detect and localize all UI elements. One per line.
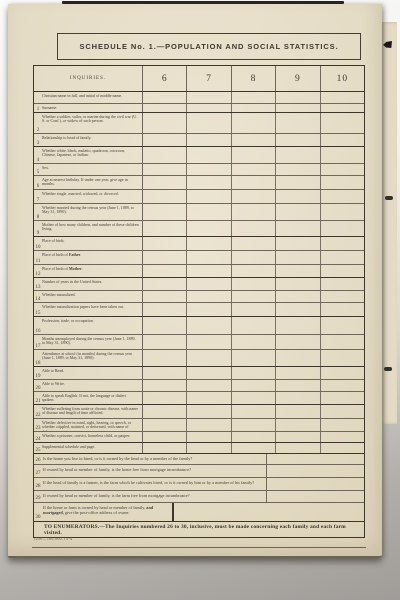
family-answer-cell[interactable] xyxy=(267,478,364,490)
print-code: (250—100,000.) 4-4 xyxy=(34,536,72,541)
inquiry-number: 26 xyxy=(35,458,41,463)
answer-cell-person-8[interactable] xyxy=(231,350,275,366)
answer-cell-person-7[interactable] xyxy=(186,432,230,442)
inquiry-number: 24 xyxy=(35,437,41,442)
inquiry-label: Whether suffering from acute or chronic … xyxy=(34,405,143,418)
answer-cell-person-8[interactable] xyxy=(231,190,275,203)
answer-cell-person-10[interactable] xyxy=(320,405,364,418)
answer-cell-person-8[interactable] xyxy=(231,251,275,264)
family-inquiry-row: If the head of family is a farmer, is th… xyxy=(34,478,364,491)
page-bottom-edge-line xyxy=(32,547,366,548)
family-inquiry-label: If owned by head or member of family, is… xyxy=(34,491,267,502)
inquiry-subrow: Whether naturalized. xyxy=(34,291,364,303)
schedule-title: SCHEDULE No. 1.—POPULATION AND SOCIAL ST… xyxy=(79,42,338,51)
inquiry-number: 21 xyxy=(35,399,41,404)
inquiry-label: Surname. xyxy=(34,104,143,112)
inquiry-label: Whether single, married, widowed, or div… xyxy=(34,190,143,203)
inquiry-subrow: Whether white, black, mulatto, quadroon,… xyxy=(34,147,364,164)
answer-cell-person-10[interactable] xyxy=(320,190,364,203)
answer-cell-person-7[interactable] xyxy=(186,405,230,418)
title-box: SCHEDULE No. 1.—POPULATION AND SOCIAL ST… xyxy=(57,33,361,60)
family-answer-cell[interactable] xyxy=(267,491,364,502)
answer-cell-person-9[interactable] xyxy=(275,303,319,316)
answer-cell-person-9[interactable] xyxy=(275,380,319,391)
inquiry-number: 18 xyxy=(35,361,41,366)
answer-cell-person-9[interactable] xyxy=(275,335,319,349)
answer-cell-person-7[interactable] xyxy=(186,147,230,163)
answer-cell-person-8[interactable] xyxy=(231,176,275,189)
answer-cell-person-9[interactable] xyxy=(275,104,319,112)
answer-cell-person-10[interactable] xyxy=(320,317,364,334)
answer-cell-person-9[interactable] xyxy=(275,251,319,264)
inquiry-number: 4 xyxy=(35,158,41,163)
answer-cell-person-10[interactable] xyxy=(320,291,364,302)
answer-cell-person-7[interactable] xyxy=(186,335,230,349)
inquiry-number: 15 xyxy=(35,311,41,316)
page-sheet: SCHEDULE No. 1.—POPULATION AND SOCIAL ST… xyxy=(8,4,382,558)
inquiry-row: Whether suffering from acute or chronic … xyxy=(34,405,364,419)
inquiry-subrow: Attendance at school (in months) during … xyxy=(34,350,364,367)
inquiry-label: Relationship to head of family. xyxy=(34,134,143,146)
answer-cell-person-10[interactable] xyxy=(320,204,364,220)
inquiry-subrow: Sex. xyxy=(34,164,364,176)
answer-cell-person-10[interactable] xyxy=(320,380,364,391)
answer-cell-person-8[interactable] xyxy=(231,432,275,442)
answer-cell-person-8[interactable] xyxy=(231,265,275,277)
answer-cell-person-6[interactable] xyxy=(143,335,186,349)
answer-cell-person-9[interactable] xyxy=(275,367,319,379)
answer-cell-person-9[interactable] xyxy=(275,265,319,277)
inquiry-label: Age at nearest birthday. If under one ye… xyxy=(34,176,143,189)
inquiry-label: Whether defective in mind, sight, hearin… xyxy=(34,419,143,431)
inquiry-row: Attendance at school (in months) during … xyxy=(34,350,364,367)
family-answer-cell[interactable] xyxy=(267,454,364,464)
answer-cell-person-8[interactable] xyxy=(231,221,275,236)
person-column-header-6: 6 xyxy=(143,66,186,91)
inquiry-label: Mother of how many children, and number … xyxy=(34,221,143,236)
answer-cell-person-7[interactable] xyxy=(186,221,230,236)
inquiry-number: 6 xyxy=(35,184,41,189)
answer-cell-person-10[interactable] xyxy=(320,350,364,366)
inquiry-row: Able to Write.20 xyxy=(34,380,364,392)
answer-cell-person-8[interactable] xyxy=(231,405,275,418)
answer-cell-person-10[interactable] xyxy=(320,419,364,431)
family-inquiry-label: If the head of family is a farmer, is th… xyxy=(34,478,267,490)
answer-cell-person-6[interactable] xyxy=(143,317,186,334)
answer-cell-person-10[interactable] xyxy=(320,265,364,277)
inquiry-label: Attendance at school (in months) during … xyxy=(34,350,143,366)
inquiry-label: Supplemental schedule and page. xyxy=(34,443,143,453)
inquiry-subrow: Whether naturalization papers have been … xyxy=(34,303,364,317)
inquiry-number: 19 xyxy=(35,374,41,379)
family-inquiry-row: If owned by head or member of family, is… xyxy=(34,465,364,478)
inquiry-number: 1 xyxy=(35,107,41,112)
answer-cell-person-6[interactable] xyxy=(143,221,186,236)
family-answer-cell[interactable] xyxy=(174,503,364,521)
inquiry-label: Place of birth. xyxy=(34,237,143,250)
answer-cell-person-10[interactable] xyxy=(320,164,364,175)
answer-cell-person-10[interactable] xyxy=(320,104,364,112)
answer-cell-person-7[interactable] xyxy=(186,278,230,290)
answer-cell-person-7[interactable] xyxy=(186,367,230,379)
person-column-header-8: 8 xyxy=(231,66,275,91)
inquiry-number: 8 xyxy=(35,215,41,220)
inquiry-number: 17 xyxy=(35,344,41,349)
inquiry-number: 10 xyxy=(35,245,41,250)
inquiry-row: Whether married during the census year (… xyxy=(34,204,364,221)
inquiry-row: Age at nearest birthday. If under one ye… xyxy=(34,176,364,190)
answer-cell-person-10[interactable] xyxy=(320,237,364,250)
inquiry-row: Place of birth of Mother.12 xyxy=(34,265,364,278)
inquiry-label: Whether naturalized. xyxy=(34,291,143,302)
family-answer-cell[interactable] xyxy=(267,465,364,477)
answer-cell-person-8[interactable] xyxy=(231,317,275,334)
answer-cell-person-6[interactable] xyxy=(143,265,186,277)
inquiry-row: Profession, trade, or occupation.16 xyxy=(34,317,364,335)
person-column-header-7: 7 xyxy=(186,66,230,91)
family-inquiry-row: If the home or farm is owned by head or … xyxy=(34,503,364,522)
inquiry-row: Months unemployed during the census year… xyxy=(34,335,364,350)
under-page-sliver xyxy=(381,22,397,424)
inquiry-subrow: Relationship to head of family. xyxy=(34,134,364,147)
answer-cell-person-10[interactable] xyxy=(320,176,364,189)
inquiry-subrow: Place of birth of Father. xyxy=(34,251,364,265)
answer-cell-person-6[interactable] xyxy=(143,367,186,379)
person-columns: 678910 xyxy=(143,66,364,91)
family-inquiry-row: Is the home you live in hired, or is it … xyxy=(34,454,364,465)
inquiry-number: 12 xyxy=(35,272,41,277)
inquiry-subrow: Number of years in the United States. xyxy=(34,278,364,291)
answer-cell-person-7[interactable] xyxy=(186,419,230,431)
inquiry-number: 25 xyxy=(35,448,41,453)
answer-cell-person-6[interactable] xyxy=(143,303,186,316)
answer-cell-person-6[interactable] xyxy=(143,443,186,453)
inquiry-number: 30 xyxy=(35,515,41,520)
answer-cell-person-8[interactable] xyxy=(231,147,275,163)
inquiry-label: Place of birth of Father. xyxy=(34,251,143,264)
answer-cell-person-8[interactable] xyxy=(231,335,275,349)
answer-cell-person-10[interactable] xyxy=(320,367,364,379)
inquiry-row: Number of years in the United States.13 xyxy=(34,278,364,291)
inquiry-number: 20 xyxy=(35,386,41,391)
inquiry-row: Relationship to head of family.3 xyxy=(34,134,364,147)
answer-cell-person-7[interactable] xyxy=(186,303,230,316)
inquiry-subrow: Whether suffering from acute or chronic … xyxy=(34,405,364,419)
inquiry-row: Whether single, married, widowed, or div… xyxy=(34,190,364,204)
population-table: INQUIRIES. 678910 Christian name in full… xyxy=(33,65,365,538)
answer-cell-person-7[interactable] xyxy=(186,190,230,203)
answer-cell-person-8[interactable] xyxy=(231,164,275,175)
answer-cell-person-7[interactable] xyxy=(186,265,230,277)
inquiry-number: 22 xyxy=(35,413,41,418)
answer-cell-person-10[interactable] xyxy=(320,134,364,146)
inquiry-label: Profession, trade, or occupation. xyxy=(34,317,143,334)
answer-cell-person-10[interactable] xyxy=(320,113,364,133)
inquiry-label: Months unemployed during the census year… xyxy=(34,335,143,349)
inquiry-row: Whether naturalized.14 xyxy=(34,291,364,303)
family-inquiry-label: If owned by head or member of family, is… xyxy=(34,465,267,477)
inquiry-number: 2 xyxy=(35,128,41,133)
answer-cell-person-6[interactable] xyxy=(143,104,186,112)
answer-cell-person-8[interactable] xyxy=(231,92,275,103)
answer-cell-person-6[interactable] xyxy=(143,190,186,203)
answer-cell-person-9[interactable] xyxy=(275,278,319,290)
inquiry-subrow: Mother of how many children, and number … xyxy=(34,221,364,237)
inquiries-header: INQUIRIES. xyxy=(34,66,143,91)
inquiry-subrow: Surname. xyxy=(34,104,364,113)
answer-cell-person-9[interactable] xyxy=(275,190,319,203)
answer-cell-person-8[interactable] xyxy=(231,392,275,404)
inquiry-number: 16 xyxy=(35,329,41,334)
inquiry-row: Mother of how many children, and number … xyxy=(34,221,364,237)
inquiry-label: Whether a prisoner, convict, homeless ch… xyxy=(34,432,143,442)
answer-cell-person-9[interactable] xyxy=(275,291,319,302)
answer-cell-person-8[interactable] xyxy=(231,278,275,290)
answer-cell-person-8[interactable] xyxy=(231,204,275,220)
inquiry-number: 13 xyxy=(35,285,41,290)
answer-cell-person-6[interactable] xyxy=(143,278,186,290)
family-inquiry-label: If the home or farm is owned by head or … xyxy=(34,503,174,521)
answer-cell-person-10[interactable] xyxy=(320,303,364,316)
inquiry-number: 11 xyxy=(35,259,41,264)
inquiry-label: Place of birth of Mother. xyxy=(34,265,143,277)
answer-cell-person-7[interactable] xyxy=(186,380,230,391)
answer-cell-person-7[interactable] xyxy=(186,204,230,220)
answer-cell-person-6[interactable] xyxy=(143,92,186,103)
answer-cell-person-9[interactable] xyxy=(275,113,319,133)
inquiry-row: Supplemental schedule and page.25 xyxy=(34,443,364,454)
inquiry-subrow: Supplemental schedule and page. xyxy=(34,443,364,454)
answer-cell-person-9[interactable] xyxy=(275,164,319,175)
answer-cell-person-8[interactable] xyxy=(231,291,275,302)
inquiry-subrow: Months unemployed during the census year… xyxy=(34,335,364,350)
answer-cell-person-7[interactable] xyxy=(186,317,230,334)
inquiry-row: Whether white, black, mulatto, quadroon,… xyxy=(34,147,364,164)
inquiry-row: Sex.5 xyxy=(34,164,364,176)
answer-cell-person-9[interactable] xyxy=(275,392,319,404)
inquiry-label: Christian name in full, and initial of m… xyxy=(34,92,143,103)
answer-cell-person-7[interactable] xyxy=(186,164,230,175)
answer-cell-person-10[interactable] xyxy=(320,221,364,236)
answer-cell-person-9[interactable] xyxy=(275,147,319,163)
answer-cell-person-9[interactable] xyxy=(275,92,319,103)
answer-cell-person-9[interactable] xyxy=(275,405,319,418)
inquiry-subrow: Age at nearest birthday. If under one ye… xyxy=(34,176,364,190)
inquiry-rows: Christian name in full, and initial of m… xyxy=(34,92,364,454)
answer-cell-person-7[interactable] xyxy=(186,134,230,146)
inquiry-subrow: Place of birth of Mother. xyxy=(34,265,364,278)
answer-cell-person-8[interactable] xyxy=(231,237,275,250)
inquiry-subrow: Place of birth. xyxy=(34,237,364,251)
answer-cell-person-7[interactable] xyxy=(186,113,230,133)
answer-cell-person-6[interactable] xyxy=(143,176,186,189)
answer-cell-person-9[interactable] xyxy=(275,419,319,431)
answer-cell-person-7[interactable] xyxy=(186,350,230,366)
answer-cell-person-10[interactable] xyxy=(320,443,364,453)
answer-cell-person-10[interactable] xyxy=(320,251,364,264)
answer-cell-person-9[interactable] xyxy=(275,432,319,442)
family-inquiry-row: If owned by head or member of family, is… xyxy=(34,491,364,503)
inquiry-subrow: Christian name in full, and initial of m… xyxy=(34,92,364,104)
inquiry-number: 3 xyxy=(35,141,41,146)
edge-dash-mark xyxy=(385,196,393,200)
answer-cell-person-6[interactable] xyxy=(143,405,186,418)
answer-cell-person-8[interactable] xyxy=(231,419,275,431)
family-inquiry-rows: Is the home you live in hired, or is it … xyxy=(34,454,364,522)
inquiry-label: Number of years in the United States. xyxy=(34,278,143,290)
inquiry-subrow: Able to speak English. If not, the langu… xyxy=(34,392,364,405)
inquiry-subrow: Whether a soldier, sailor, or marine dur… xyxy=(34,113,364,134)
inquiry-number: 28 xyxy=(35,484,41,489)
inquiry-subrow: Whether a prisoner, convict, homeless ch… xyxy=(34,432,364,443)
answer-cell-person-8[interactable] xyxy=(231,104,275,112)
answer-cell-person-6[interactable] xyxy=(143,291,186,302)
answer-cell-person-6[interactable] xyxy=(143,147,186,163)
inquiry-row: Christian name in full, and initial of m… xyxy=(34,92,364,113)
answer-cell-person-8[interactable] xyxy=(231,134,275,146)
answer-cell-person-7[interactable] xyxy=(186,92,230,103)
inquiry-row: Whether defective in mind, sight, hearin… xyxy=(34,419,364,432)
inquiry-number: 7 xyxy=(35,198,41,203)
header-row: INQUIRIES. 678910 xyxy=(34,66,364,92)
person-column-header-10: 10 xyxy=(320,66,364,91)
answer-cell-person-9[interactable] xyxy=(275,204,319,220)
inquiry-label: Whether married during the census year (… xyxy=(34,204,143,220)
answer-cell-person-6[interactable] xyxy=(143,237,186,250)
person-column-header-9: 9 xyxy=(275,66,319,91)
answer-cell-person-7[interactable] xyxy=(186,392,230,404)
inquiry-row: Able to Read.19 xyxy=(34,367,364,380)
inquiry-label: Able to Read. xyxy=(34,367,143,379)
answer-cell-person-7[interactable] xyxy=(186,291,230,302)
inquiry-label: Whether naturalization papers have been … xyxy=(34,303,143,316)
inquiry-subrow: Able to Write. xyxy=(34,380,364,392)
answer-cell-person-10[interactable] xyxy=(320,278,364,290)
page-background: { "colors": { "paper": "#e9e1cb", "line"… xyxy=(0,0,400,600)
answer-cell-person-9[interactable] xyxy=(275,134,319,146)
inquiry-number: 14 xyxy=(35,297,41,302)
family-inquiry-label: Is the home you live in hired, or is it … xyxy=(34,454,267,464)
answer-cell-person-9[interactable] xyxy=(275,443,319,453)
inquiry-number: 29 xyxy=(35,496,41,501)
inquiry-subrow: Able to Read. xyxy=(34,367,364,380)
answer-cell-person-10[interactable] xyxy=(320,392,364,404)
inquiry-label: Able to Write. xyxy=(34,380,143,391)
inquiry-label: Sex. xyxy=(34,164,143,175)
inquiry-number: 9 xyxy=(35,231,41,236)
answer-cell-person-8[interactable] xyxy=(231,443,275,453)
answer-cell-person-6[interactable] xyxy=(143,392,186,404)
inquiry-number: 27 xyxy=(35,471,41,476)
answer-cell-person-7[interactable] xyxy=(186,104,230,112)
answer-cell-person-8[interactable] xyxy=(231,367,275,379)
answer-cell-person-8[interactable] xyxy=(231,380,275,391)
inquiry-number: 5 xyxy=(35,170,41,175)
answer-cell-person-6[interactable] xyxy=(143,134,186,146)
edge-dash-mark xyxy=(384,367,392,371)
inquiry-row: Whether naturalization papers have been … xyxy=(34,303,364,317)
inquiry-row: Place of birth of Father.11 xyxy=(34,251,364,265)
answer-cell-person-6[interactable] xyxy=(143,113,186,133)
inquiry-label: Able to speak English. If not, the langu… xyxy=(34,392,143,404)
answer-cell-person-7[interactable] xyxy=(186,251,230,264)
answer-cell-person-9[interactable] xyxy=(275,176,319,189)
answer-cell-person-6[interactable] xyxy=(143,164,186,175)
inquiry-label: Whether white, black, mulatto, quadroon,… xyxy=(34,147,143,163)
answer-cell-person-7[interactable] xyxy=(186,443,230,453)
answer-cell-person-8[interactable] xyxy=(231,113,275,133)
inquiry-row: Place of birth.10 xyxy=(34,237,364,251)
answer-cell-person-7[interactable] xyxy=(186,176,230,189)
answer-cell-person-6[interactable] xyxy=(143,251,186,264)
answer-cell-person-6[interactable] xyxy=(143,204,186,220)
answer-cell-person-7[interactable] xyxy=(186,237,230,250)
answer-cell-person-9[interactable] xyxy=(275,221,319,236)
inquiry-row: Whether a soldier, sailor, or marine dur… xyxy=(34,113,364,134)
answer-cell-person-6[interactable] xyxy=(143,419,186,431)
answer-cell-person-9[interactable] xyxy=(275,350,319,366)
inquiry-row: Whether a prisoner, convict, homeless ch… xyxy=(34,432,364,443)
answer-cell-person-6[interactable] xyxy=(143,350,186,366)
answer-cell-person-10[interactable] xyxy=(320,432,364,442)
answer-cell-person-10[interactable] xyxy=(320,335,364,349)
answer-cell-person-9[interactable] xyxy=(275,237,319,250)
answer-cell-person-6[interactable] xyxy=(143,432,186,442)
enumerator-note: TO ENUMERATORS.—The Inquiries numbered 2… xyxy=(34,522,364,537)
inquiry-subrow: Whether defective in mind, sight, hearin… xyxy=(34,419,364,432)
inquiry-subrow: Whether married during the census year (… xyxy=(34,204,364,221)
answer-cell-person-8[interactable] xyxy=(231,303,275,316)
answer-cell-person-10[interactable] xyxy=(320,92,364,103)
inquiry-subrow: Whether single, married, widowed, or div… xyxy=(34,190,364,204)
answer-cell-person-9[interactable] xyxy=(275,317,319,334)
inquiry-row: Able to speak English. If not, the langu… xyxy=(34,392,364,405)
inquiry-label: Whether a soldier, sailor, or marine dur… xyxy=(34,113,143,133)
answer-cell-person-10[interactable] xyxy=(320,147,364,163)
inquiry-number: 23 xyxy=(35,426,41,431)
answer-cell-person-6[interactable] xyxy=(143,380,186,391)
inquiry-subrow: Profession, trade, or occupation. xyxy=(34,317,364,335)
